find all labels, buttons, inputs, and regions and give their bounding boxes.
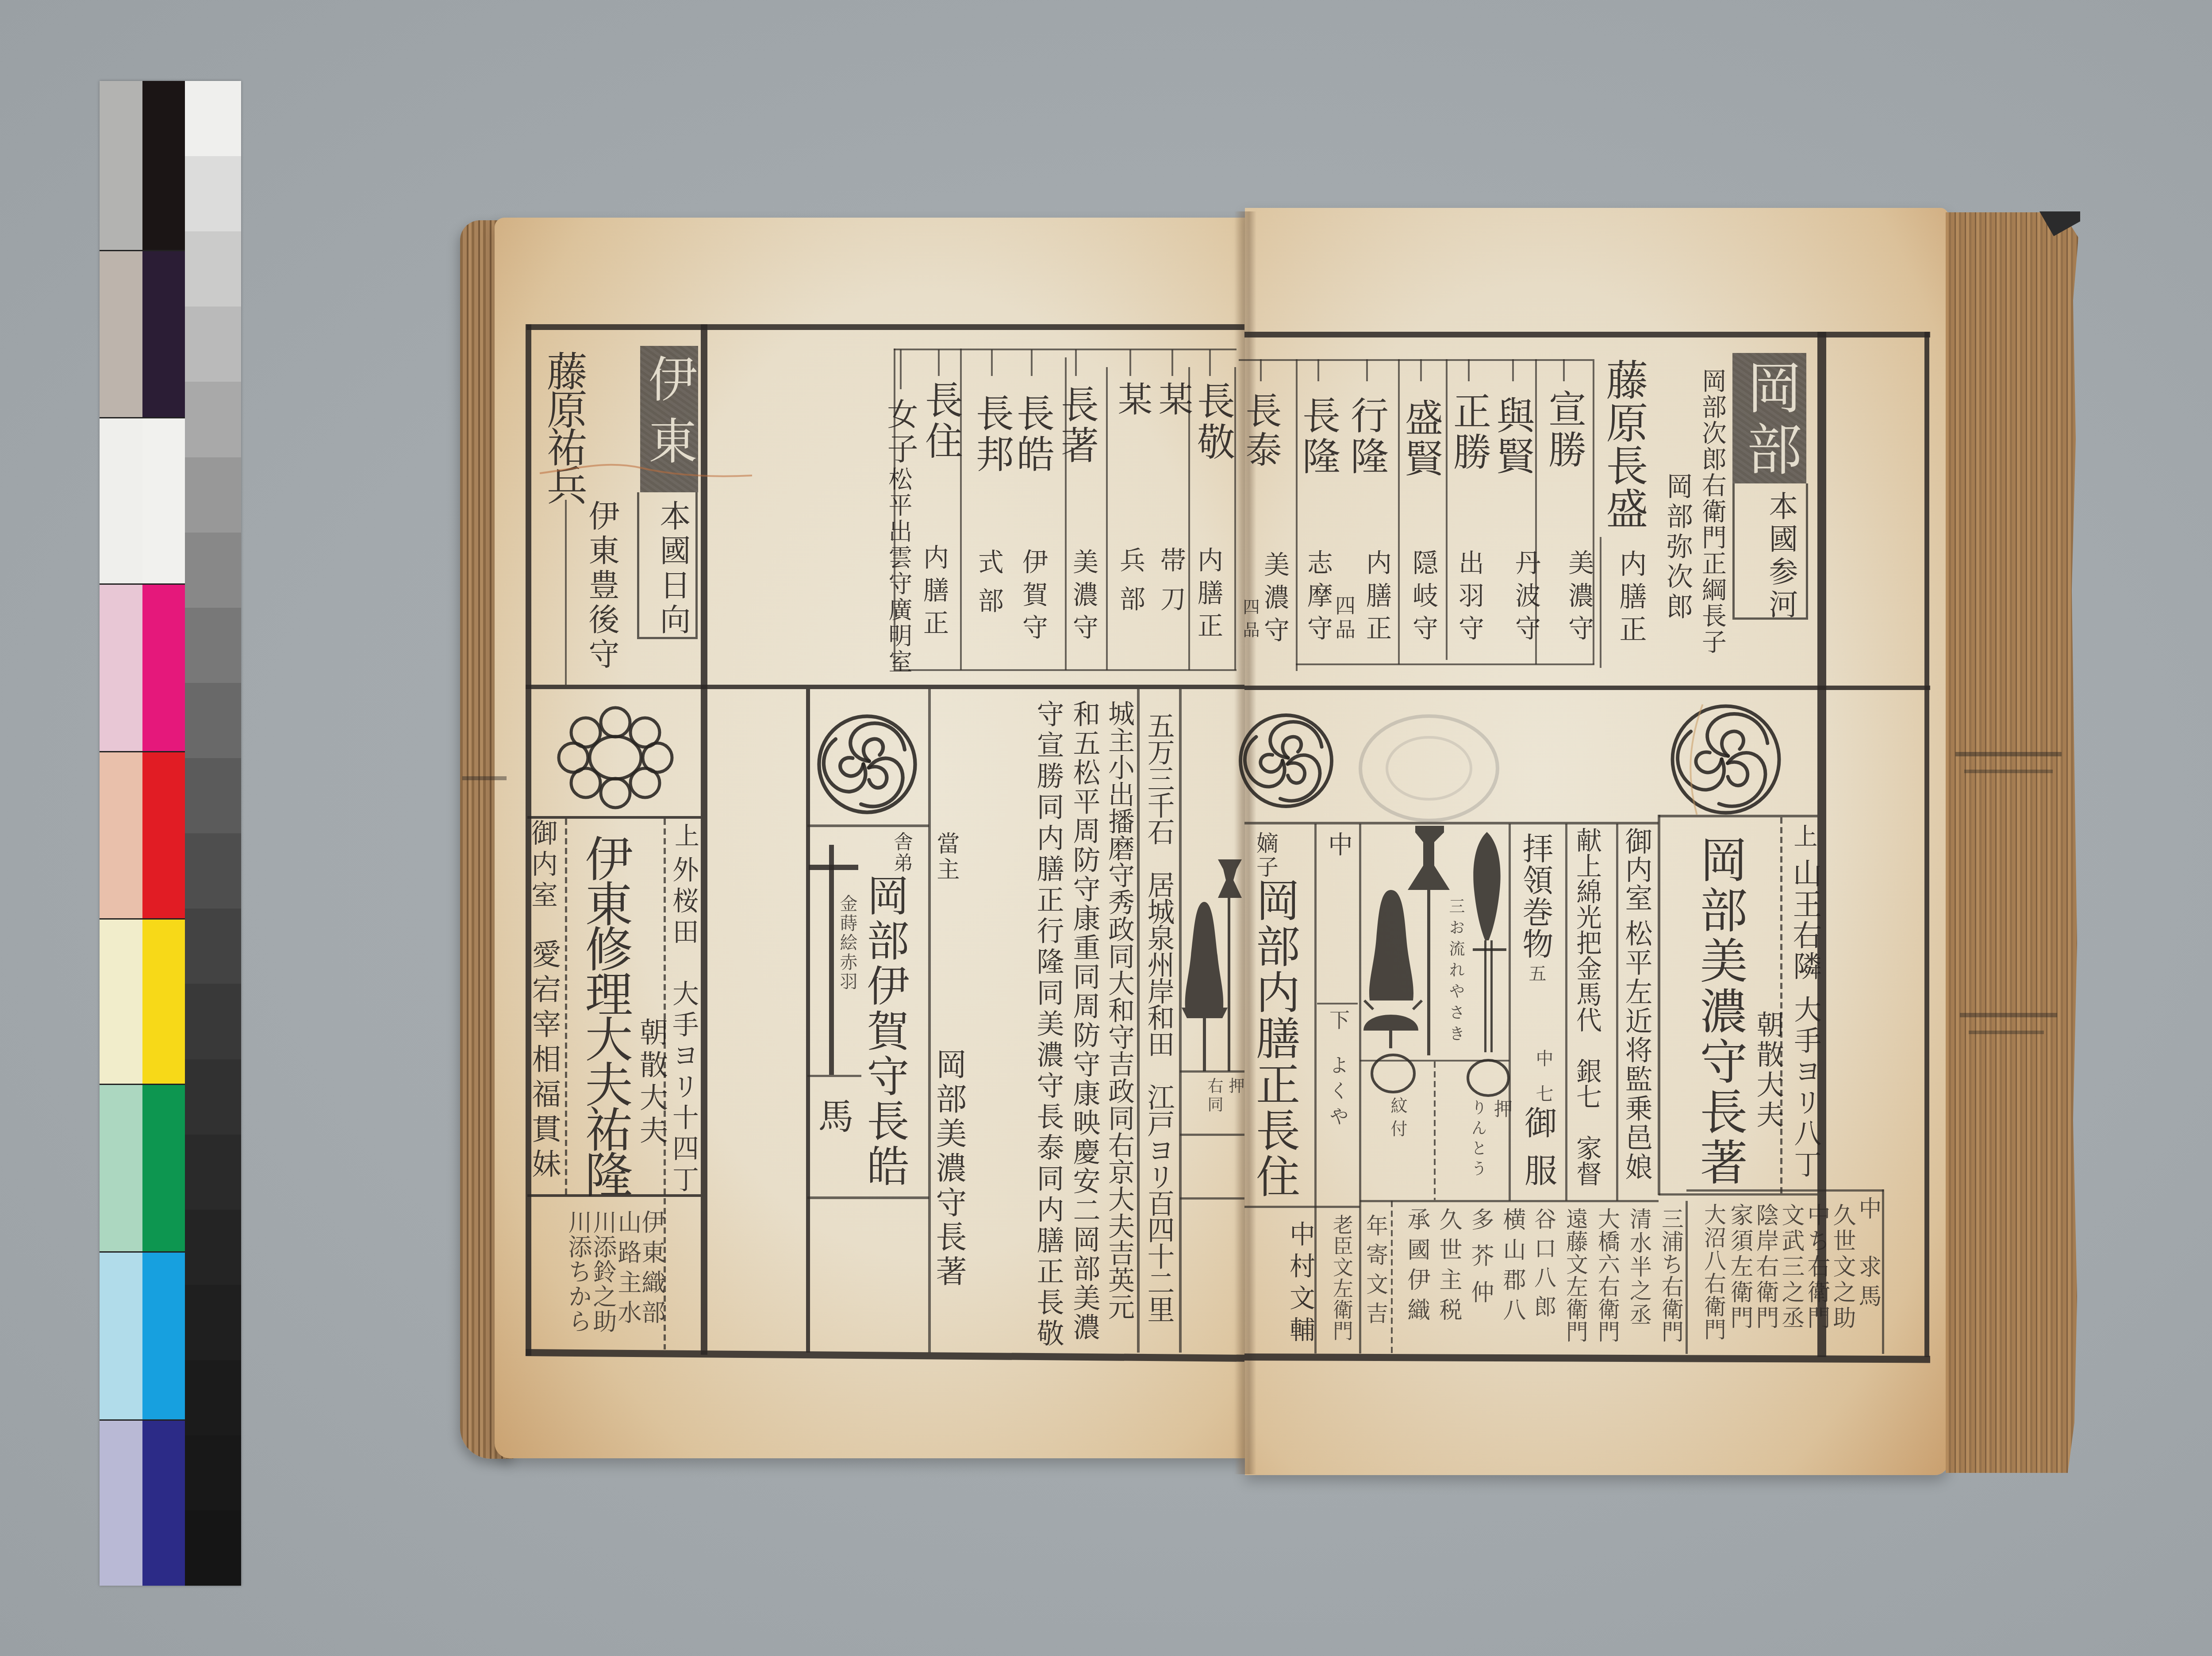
retainer-name: 川添鈴之助 — [591, 1210, 615, 1334]
retainer-name: 伊東織部 — [640, 1210, 664, 1330]
retainer-name: 山路主水 — [616, 1210, 640, 1330]
genealogy-title: 内膳正 — [1364, 549, 1390, 648]
saturated-swatch — [142, 1085, 185, 1253]
retainer-name: 中ち右衛門 — [1805, 1203, 1828, 1331]
current-lord-label: 當主 — [934, 832, 957, 883]
received-item: 拝領巻物 — [1520, 832, 1551, 960]
lord-name: 岡部美濃守長著 — [1695, 835, 1743, 1188]
genealogy-title: 美濃守 — [1262, 551, 1287, 649]
genealogy-title: 兵部 — [1118, 547, 1143, 625]
genealogy-title: 式部 — [976, 548, 1002, 626]
gray-step — [185, 231, 241, 307]
lineage-note: 岡部次郎右衛門正綱長子 — [1700, 368, 1724, 655]
saturated-swatch — [142, 920, 185, 1085]
genealogy-name: 長皓 — [1013, 394, 1051, 475]
genealogy-tick — [1468, 359, 1470, 381]
genealogy-tick — [938, 349, 940, 376]
ancestor-title: 伊東豊後守 — [586, 500, 617, 672]
genealogy-name: 女子 — [885, 398, 916, 467]
frame-line — [807, 1196, 929, 1199]
retainer-name: 清水半之丞 — [1628, 1207, 1650, 1327]
genealogy-name: 長著 — [1057, 385, 1095, 466]
pastel-swatch — [100, 1085, 142, 1253]
genealogy-line — [1239, 359, 1593, 361]
residence: 山王右隣 — [1790, 858, 1819, 982]
frame-line — [526, 324, 1244, 330]
reception-grade-lower: 下 — [1328, 1009, 1348, 1030]
frame-line — [1244, 332, 1930, 337]
gray-step — [185, 908, 241, 984]
frame-line — [527, 816, 701, 819]
wife-text: 愛宕宰相福貫妹 — [529, 939, 558, 1184]
genealogy-name: 正勝 — [1450, 391, 1488, 473]
retainer-name: 谷口八郎 — [1532, 1207, 1555, 1324]
frame-line — [1317, 1003, 1358, 1004]
genealogy-title: 帯刀 — [1158, 547, 1184, 625]
frame-line — [806, 689, 810, 1353]
genealogy-name: 行隆 — [1347, 396, 1385, 477]
frame-line — [1244, 686, 1930, 690]
fore-edge-ink-mark — [1964, 770, 2053, 773]
gray-step — [185, 1135, 241, 1210]
pastel-swatch — [100, 81, 142, 251]
home-province: 本國日向 — [657, 500, 688, 638]
genealogy-name: 某 — [1156, 381, 1190, 416]
precedence-mark: 上 — [1792, 824, 1816, 847]
genealogy-title: 隠岐守 — [1410, 549, 1436, 648]
genealogy-tick — [1317, 359, 1319, 381]
fore-edge-page-stack — [1946, 212, 2078, 1473]
court-rank: 朝散大夫 — [637, 1017, 665, 1148]
retainer-name: 大沼八右衛門 — [1702, 1203, 1724, 1341]
paper-stain — [540, 456, 752, 487]
castle-history-line: 城主小出播磨守秀政同大和守吉政同右京大夫吉英元 — [1106, 700, 1133, 1320]
gray-step — [185, 457, 241, 533]
gray-step — [185, 1210, 241, 1285]
genealogy-tick — [1512, 359, 1514, 381]
pastel-swatch — [100, 752, 142, 920]
received-count: 五 — [1527, 964, 1545, 982]
gray-step — [185, 833, 241, 909]
current-lord-name: 岡部美濃守長著 — [933, 1048, 964, 1290]
genealogy-title: 内膳正 — [1195, 547, 1221, 645]
received-robe: 御服 — [1522, 1106, 1555, 1201]
genealogy-line — [1296, 663, 1594, 665]
genealogy-name: 長泰 — [1242, 392, 1279, 470]
gray-step — [185, 156, 241, 232]
frame-line — [1686, 1201, 1688, 1354]
genealogy-title: 美濃守 — [1566, 549, 1592, 648]
spear-icons — [1360, 824, 1509, 1201]
gray-step — [185, 984, 241, 1059]
spear-label: 右同 — [1206, 1077, 1222, 1115]
gray-step — [185, 1435, 241, 1511]
frame-line — [807, 1075, 861, 1077]
wife-label: 御内室 — [529, 819, 556, 912]
genealogy-title: 伊賀守 — [1020, 548, 1046, 647]
genealogy-tick — [1171, 349, 1173, 376]
frame-line — [1565, 824, 1567, 1201]
frame-line — [1391, 1201, 1393, 1354]
frame-line — [1924, 332, 1929, 1357]
retainer-name: 多芥仲 — [1469, 1207, 1492, 1316]
genealogy-tick — [1209, 349, 1211, 376]
genealogy-name: 長邦 — [972, 394, 1010, 475]
genealogy-tick — [1129, 349, 1131, 376]
castle-history-line: 和五松平周防守康重同周防守康映慶安二岡部美濃 — [1071, 700, 1098, 1342]
banner-crossbar-icon — [809, 865, 858, 870]
pastel-swatch — [100, 1253, 142, 1421]
gray-step — [185, 382, 241, 457]
ancestor-title: 内膳正 — [1617, 549, 1644, 648]
gray-step — [185, 758, 241, 834]
retainer-name: 文武三之丞 — [1779, 1203, 1802, 1331]
retainer-name: 遠藤文左衛門 — [1564, 1207, 1586, 1343]
genealogy-rank: 四品 — [1334, 595, 1354, 643]
genealogy-name: 長隆 — [1299, 396, 1337, 477]
reception-grade-upper: 中 — [1326, 832, 1351, 856]
fore-edge-ink-mark — [1955, 752, 2062, 756]
pastel-swatch — [100, 251, 142, 418]
frame-line — [1616, 824, 1618, 1201]
retainer-name: 中 求馬 — [1856, 1196, 1879, 1313]
genealogy-tick — [900, 349, 902, 389]
banner-label: 金蒔絵赤羽 — [838, 894, 856, 992]
heir-name: 岡部内膳正長住 — [1252, 878, 1296, 1200]
frame-line — [1882, 1189, 1884, 1354]
saturated-swatch — [142, 81, 185, 251]
frame-line — [1180, 1197, 1244, 1200]
gray-step — [185, 683, 241, 759]
frame-line — [1244, 1206, 1360, 1208]
court-rank: 朝散大夫 — [1754, 1010, 1782, 1131]
residence-distance: 外桜田 大手ヨリ十四丁 — [670, 856, 697, 1196]
home-province: 本國参河 — [1766, 491, 1795, 622]
gray-step — [185, 1510, 241, 1586]
mitsudomoe-crest-icon — [815, 712, 919, 816]
retainer-name: 横山郡八 — [1501, 1207, 1524, 1328]
distance-from-castle: 大手ヨリ八丁 — [1792, 995, 1819, 1181]
frame-line — [565, 819, 567, 1195]
gray-step — [185, 81, 241, 157]
family-name: 岡部 — [1742, 359, 1797, 482]
gray-step — [185, 1285, 241, 1361]
genealogy-name: 盛賢 — [1402, 398, 1440, 479]
frame-line — [1658, 815, 1660, 1195]
lord-name: 伊東修理大夫祐隆 — [580, 834, 628, 1195]
gray-step — [185, 608, 241, 683]
frame-line — [1686, 1189, 1884, 1192]
genealogy-line — [565, 500, 567, 685]
gray-step — [185, 533, 241, 608]
kuyo-crest-icon — [558, 708, 673, 808]
spear-label: 押 — [1493, 1099, 1511, 1118]
horse-label: 馬 — [815, 1098, 850, 1133]
genealogy-tick — [1563, 359, 1565, 381]
frame-line — [1137, 689, 1140, 1353]
pastel-swatch — [100, 418, 142, 585]
retainer-name: 三浦ち右衛門 — [1660, 1207, 1682, 1343]
pastel-swatch — [100, 585, 142, 752]
genealogy-rank: 四品 — [1241, 598, 1258, 644]
genealogy-tick — [1260, 359, 1262, 381]
saturated-swatch — [142, 1253, 185, 1421]
gray-step — [185, 1059, 241, 1135]
castle-history-line: 守宣勝同内膳正行隆同美濃守長泰同内膳正長敬 — [1034, 700, 1062, 1350]
genealogy-line — [894, 349, 1237, 350]
fore-edge-ink-mark — [1969, 1031, 2044, 1034]
saturated-swatch — [142, 1421, 185, 1586]
ghost-crest-bleedthrough — [1358, 713, 1500, 824]
ancestor-name: 藤原長盛 — [1602, 358, 1644, 530]
genealogy-title: 出羽守 — [1456, 549, 1482, 648]
retainer-name: 中村文輔 — [1287, 1221, 1313, 1348]
saturated-swatch — [142, 752, 185, 920]
retainer-name: 家須左衛門 — [1728, 1203, 1751, 1331]
retainer-name: 年寄文吉 — [1364, 1214, 1386, 1331]
genealogy-title: 内膳正 — [921, 544, 947, 642]
gray-step — [185, 307, 241, 382]
genealogy-name: 與賢 — [1493, 396, 1531, 477]
frame-line — [1659, 1193, 1817, 1196]
frame-line — [1780, 817, 1782, 1194]
genealogy-line — [894, 669, 1237, 671]
younger-brother-name: 岡部伊賀守長皓 — [864, 874, 906, 1189]
retainer-name: 承國伊織 — [1405, 1207, 1428, 1328]
retainer-name: 川添ちから — [566, 1210, 590, 1334]
genealogy-name: 長住 — [922, 380, 960, 462]
spear-label: 紋付 — [1389, 1097, 1406, 1143]
precedence-mark: 上 — [672, 823, 697, 847]
saturated-swatch — [142, 585, 185, 752]
genealogy-tick — [991, 349, 993, 376]
retainer-name: 久世主税 — [1437, 1207, 1460, 1328]
block-edge-ink-mark — [462, 776, 507, 780]
fief-info: 五万三千石 居城泉州岸和田 江戸ヨリ百四十二里 — [1145, 712, 1172, 1322]
tribute-text: 献上綿光把金馬代 銀七 家督 — [1574, 827, 1600, 1186]
wife-label: 御内室 — [1623, 827, 1650, 912]
genealogy-tick — [1075, 349, 1077, 376]
pastel-swatch — [100, 920, 142, 1085]
frame-line — [1180, 1134, 1244, 1136]
reception-note: よくや — [1327, 1055, 1347, 1132]
banner-pole-icon — [829, 845, 834, 1075]
heir-label: 嫡子 — [1255, 832, 1277, 879]
mitsudomoe-crest-icon — [1237, 711, 1336, 810]
genealogy-title: 志摩守 — [1305, 549, 1331, 648]
spear-icons — [1180, 854, 1244, 1075]
genealogy-tick — [1031, 349, 1033, 376]
genealogy-line — [1600, 537, 1601, 668]
frame-line — [526, 685, 1244, 689]
pastel-swatch — [100, 1421, 142, 1586]
genealogy-title: 丹波守 — [1513, 549, 1539, 648]
genealogy-name: 宣勝 — [1545, 389, 1583, 471]
gray-step — [185, 1360, 241, 1436]
retainer-name: 大橋六右衛門 — [1596, 1207, 1618, 1343]
genealogy-tick — [1420, 359, 1422, 381]
genealogy-tick — [1366, 359, 1368, 381]
saturated-swatch — [142, 418, 185, 585]
frame-line — [807, 824, 929, 827]
ancestor-alias: 岡部弥次郎 — [1664, 472, 1691, 623]
fore-edge-ink-mark — [1960, 1013, 2057, 1017]
frame-line — [1659, 815, 1817, 817]
wife-text: 松平左近将監乗邑娘 — [1623, 919, 1650, 1182]
genealogy-name: 長敬 — [1194, 381, 1232, 463]
spear-label: りんとう — [1470, 1099, 1486, 1181]
genealogy-name: 某 — [1115, 381, 1149, 416]
genealogy-title: 松平出雲守廣明室 — [887, 467, 910, 675]
genealogy-title: 美濃守 — [1071, 548, 1096, 647]
retainer-name: 陰岸右衛門 — [1754, 1203, 1777, 1331]
saturated-swatch — [142, 251, 185, 418]
spear-label: 押 — [1227, 1077, 1243, 1093]
younger-brother-label: 舎弟 — [891, 832, 911, 874]
mitsudomoe-crest-icon — [1668, 701, 1784, 817]
retainer-name: 老臣文左衛門 — [1332, 1214, 1352, 1342]
spear-label: 三お流れやさき — [1448, 898, 1463, 1046]
retainer-name: 久世文之助 — [1831, 1203, 1854, 1331]
genealogy-line — [1106, 367, 1108, 670]
